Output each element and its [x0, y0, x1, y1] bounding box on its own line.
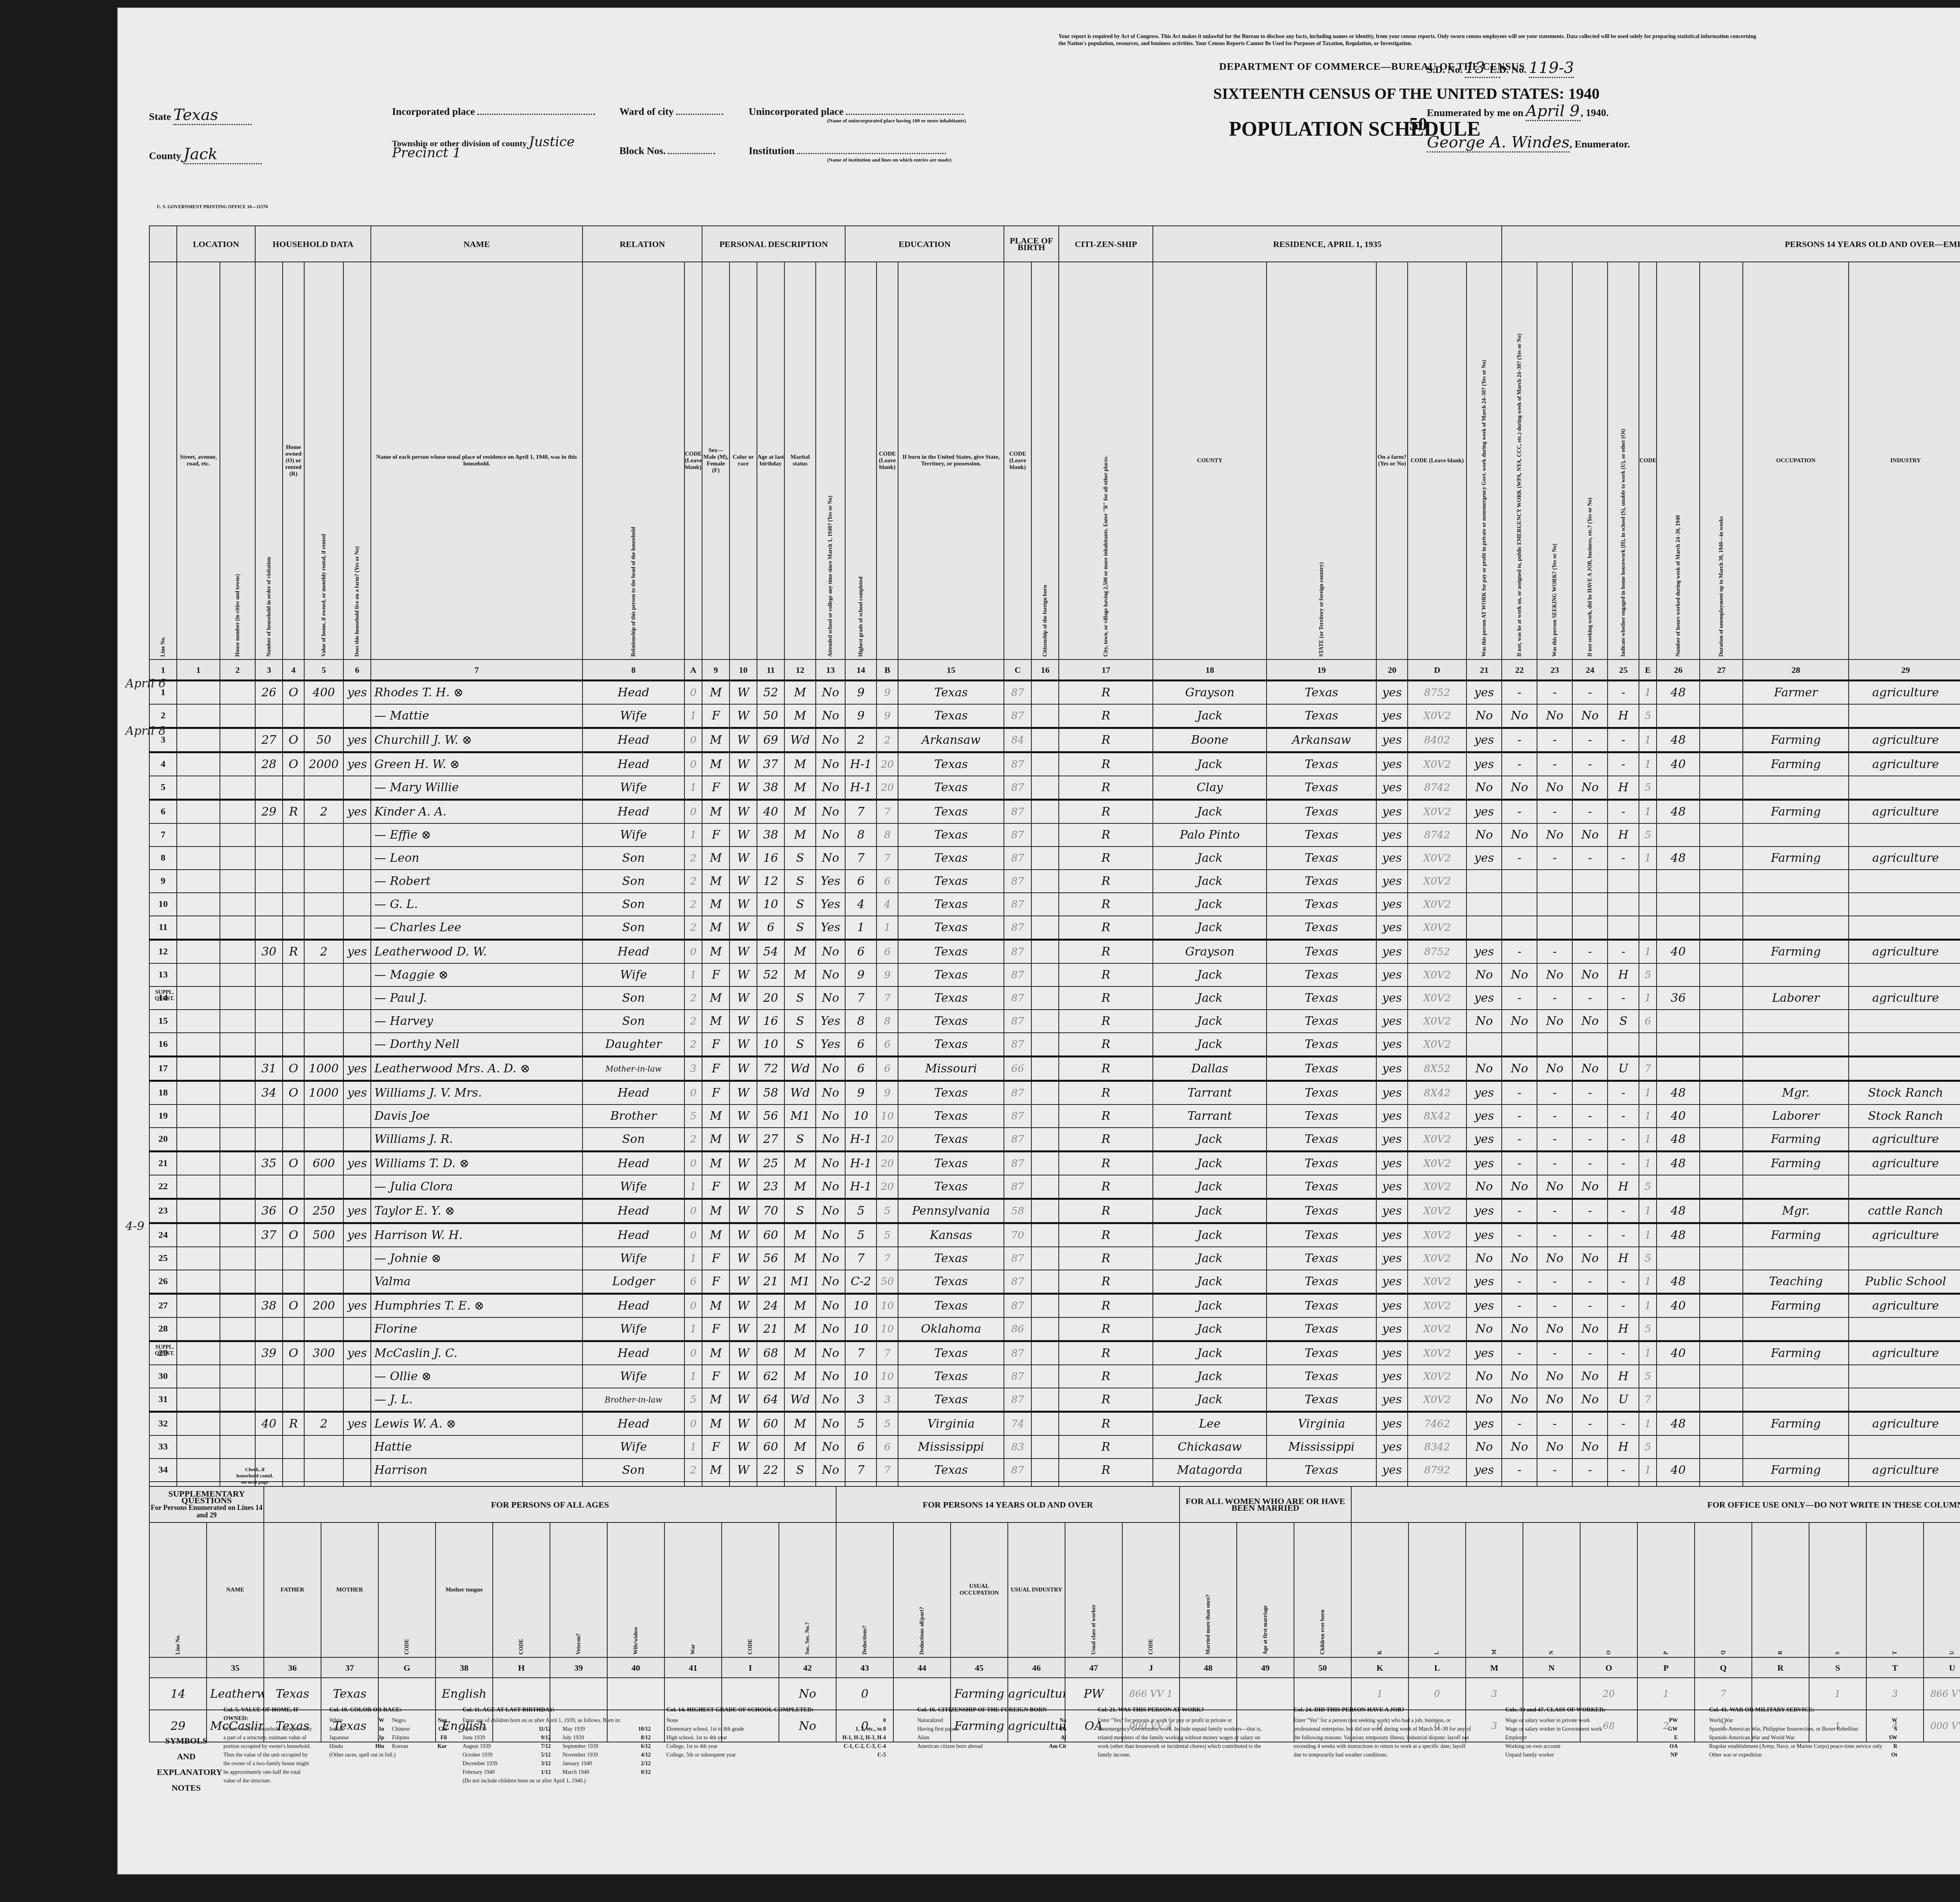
- cell-e: [1639, 893, 1657, 916]
- cell-c27: [1700, 1105, 1743, 1128]
- supp-column-number: T: [1866, 1657, 1924, 1678]
- cell-c25: U: [1608, 1388, 1639, 1412]
- supplementary-table: SUPPLEMENTARY QUESTIONSFor Persons Enume…: [149, 1486, 1960, 1742]
- cell-name: Valma: [371, 1270, 583, 1294]
- cell-own: [283, 1128, 304, 1152]
- line-number: 8: [149, 847, 177, 870]
- cell-r17: R: [1059, 752, 1153, 776]
- cell-farm: yes: [343, 1199, 371, 1223]
- cell-ind: agriculture: [1849, 752, 1960, 776]
- cell-bp: Oklahoma: [898, 1317, 1004, 1341]
- cell-c27: [1700, 1317, 1743, 1341]
- line-number: 13: [149, 963, 177, 986]
- census-row: 20Williams J. R.Son2MW27SNoH-120Texas87R…: [149, 1128, 1960, 1152]
- cell-occ: [1743, 1175, 1849, 1199]
- cell-c21: No: [1466, 1317, 1502, 1341]
- cell-val: 500: [304, 1223, 343, 1247]
- cell-d: X0V2: [1408, 1128, 1466, 1152]
- section-household: HOUSEHOLD DATA: [255, 226, 371, 262]
- cell-hh: [255, 1365, 283, 1388]
- cell-name: Hattie: [371, 1435, 583, 1459]
- cell-occ: Farming: [1743, 847, 1849, 870]
- cell-ind: agriculture: [1849, 1341, 1960, 1365]
- cell-ind: [1849, 823, 1960, 847]
- cell-rel: Head: [583, 800, 684, 824]
- cell-sex: F: [702, 1081, 730, 1105]
- cell-bp: Texas: [898, 1033, 1004, 1057]
- cell-age: 6: [757, 916, 784, 940]
- cell-b: 9: [877, 704, 898, 728]
- cell-c: 87: [1004, 963, 1031, 986]
- cell-name: Leatherwood Mrs. A. D. ⊗: [371, 1057, 583, 1081]
- cell-farm: yes: [343, 1294, 371, 1318]
- cell-c24: -: [1572, 1105, 1608, 1128]
- cell-house: [220, 1105, 255, 1128]
- cell-f20: yes: [1376, 1175, 1408, 1199]
- cell-b: 10: [877, 1317, 898, 1341]
- cell-sex: F: [702, 776, 730, 800]
- cell-hh: [255, 870, 283, 893]
- cell-age: 38: [757, 776, 784, 800]
- column-number: 11: [757, 659, 784, 681]
- cell-e: 1: [1639, 1270, 1657, 1294]
- cell-f20: yes: [1376, 1247, 1408, 1270]
- cell-hh: [255, 1175, 283, 1199]
- line-number: 30: [149, 1365, 177, 1388]
- cell-co: Jack: [1153, 704, 1267, 728]
- supp-cell-p: 1: [1637, 1678, 1695, 1710]
- cell-age: 60: [757, 1435, 784, 1459]
- cell-race: W: [730, 1247, 757, 1270]
- cell-a: 2: [684, 847, 702, 870]
- cell-c: 87: [1004, 823, 1031, 847]
- cell-val: [304, 986, 343, 1010]
- cell-cz: [1031, 1412, 1059, 1436]
- cell-b: 8: [877, 1010, 898, 1033]
- cell-name: — Mary Willie: [371, 776, 583, 800]
- cell-hh: [255, 893, 283, 916]
- cell-a: 3: [684, 1057, 702, 1081]
- line-number: 24: [149, 1223, 177, 1247]
- cell-d: 8X42: [1408, 1081, 1466, 1105]
- supp-column-number: 42: [779, 1657, 836, 1678]
- supp-column-number: O: [1580, 1657, 1637, 1678]
- cell-r17: R: [1059, 1223, 1153, 1247]
- cell-a: 6: [684, 1270, 702, 1294]
- column-header: INDUSTRY: [1849, 262, 1960, 659]
- cell-e: 1: [1639, 1459, 1657, 1482]
- cell-sch: Yes: [816, 1010, 845, 1033]
- cell-f20: yes: [1376, 1057, 1408, 1081]
- cell-f20: yes: [1376, 800, 1408, 824]
- cell-gr: 7: [845, 1247, 877, 1270]
- cell-age: 52: [757, 963, 784, 986]
- cell-co: Dallas: [1153, 1057, 1267, 1081]
- cell-c: 87: [1004, 1152, 1031, 1175]
- cell-f20: yes: [1376, 1412, 1408, 1436]
- column-number: 29: [1849, 659, 1960, 681]
- supp-cell-v40: [607, 1678, 664, 1710]
- cell-c23: No: [1537, 776, 1572, 800]
- cell-race: W: [730, 823, 757, 847]
- cell-c25: S: [1608, 1010, 1639, 1033]
- cell-bp: Texas: [898, 986, 1004, 1010]
- cell-f20: yes: [1376, 986, 1408, 1010]
- section-birthplace: PLACE OF BIRTH: [1004, 226, 1059, 262]
- cell-bp: Texas: [898, 704, 1004, 728]
- cell-c: 87: [1004, 1081, 1031, 1105]
- census-row: 2738O200yesHumphries T. E. ⊗Head0MW24MNo…: [149, 1294, 1960, 1318]
- cell-c25: [1608, 893, 1639, 916]
- cell-age: 52: [757, 681, 784, 705]
- cell-farm: [343, 1270, 371, 1294]
- cell-gr: 2: [845, 728, 877, 752]
- cell-house: [220, 681, 255, 705]
- census-row: 30— Ollie ⊗Wife1FW62MNo1010Texas87RJackT…: [149, 1365, 1960, 1388]
- cell-c25: -: [1608, 1412, 1639, 1436]
- column-number: 26: [1657, 659, 1700, 681]
- cell-age: 60: [757, 1223, 784, 1247]
- cell-st: Texas: [1267, 752, 1376, 776]
- cell-c21: yes: [1466, 1199, 1502, 1223]
- column-header: STATE (or Territory or foreign country): [1267, 262, 1376, 659]
- cell-gr: H-1: [845, 1175, 877, 1199]
- cell-house: [220, 1033, 255, 1057]
- cell-c25: H: [1608, 1247, 1639, 1270]
- cell-name: — J. L.: [371, 1388, 583, 1412]
- cell-own: R: [283, 800, 304, 824]
- cell-st_: [177, 870, 220, 893]
- cell-c23: No: [1537, 704, 1572, 728]
- supp-column-number: [149, 1657, 207, 1678]
- note-item: Spanish-American War, Philippine Insurre…: [1709, 1725, 1897, 1734]
- cell-c22: [1502, 916, 1537, 940]
- cell-farm: [343, 916, 371, 940]
- supp-column-number: 50: [1294, 1657, 1351, 1678]
- cell-occ: [1743, 893, 1849, 916]
- cell-c21: No: [1466, 704, 1502, 728]
- cell-st: Texas: [1267, 963, 1376, 986]
- cell-mar: S: [784, 1033, 816, 1057]
- cell-bp: Texas: [898, 1105, 1004, 1128]
- cell-c26: 48: [1657, 1152, 1700, 1175]
- cell-a: 2: [684, 1459, 702, 1482]
- cell-ind: [1849, 916, 1960, 940]
- cell-co: Tarrant: [1153, 1081, 1267, 1105]
- cell-sex: F: [702, 1270, 730, 1294]
- cell-c27: [1700, 1435, 1743, 1459]
- cell-farm: [343, 986, 371, 1010]
- county-field: CountyJack: [149, 145, 262, 164]
- cell-own: [283, 1010, 304, 1033]
- cell-sex: M: [702, 986, 730, 1010]
- column-header: Does this household live on a farm? (Yes…: [343, 262, 371, 659]
- cell-race: W: [730, 704, 757, 728]
- census-row: 14— Paul J.Son2MW20SNo77Texas87RJackTexa…: [149, 986, 1960, 1010]
- cell-c: 70: [1004, 1223, 1031, 1247]
- note-item: Regular establishment (Army, Navy, or Ma…: [1709, 1742, 1897, 1751]
- cell-name: Davis Joe: [371, 1105, 583, 1128]
- cell-co: Jack: [1153, 1317, 1267, 1341]
- cell-farm: yes: [343, 1152, 371, 1175]
- census-row: 3240R2yesLewis W. A. ⊗Head0MW60MNo55Virg…: [149, 1412, 1960, 1436]
- cell-occ: Farming: [1743, 800, 1849, 824]
- cell-bp: Texas: [898, 1128, 1004, 1152]
- cell-c21: No: [1466, 1388, 1502, 1412]
- cell-e: 5: [1639, 704, 1657, 728]
- cell-ind: [1849, 1033, 1960, 1057]
- all-ages-section: FOR PERSONS OF ALL AGES: [264, 1486, 836, 1522]
- cell-c22: -: [1502, 1223, 1537, 1247]
- cell-st_: [177, 823, 220, 847]
- note-item: Working on own accountOA: [1505, 1742, 1678, 1751]
- supp-column-number: H: [493, 1657, 550, 1678]
- cell-race: W: [730, 681, 757, 705]
- cell-a: 1: [684, 704, 702, 728]
- column-number: E: [1639, 659, 1657, 681]
- cell-c: 87: [1004, 1388, 1031, 1412]
- cell-val: 2: [304, 800, 343, 824]
- cell-val: 400: [304, 681, 343, 705]
- cell-f20: yes: [1376, 1341, 1408, 1365]
- margin-date-note: April 8: [125, 724, 166, 738]
- line-number: 23: [149, 1199, 177, 1223]
- cell-occ: Farming: [1743, 1152, 1849, 1175]
- cell-c23: -: [1537, 1294, 1572, 1318]
- cell-r17: R: [1059, 823, 1153, 847]
- cell-c24: -: [1572, 1223, 1608, 1247]
- cell-occ: Teaching: [1743, 1270, 1849, 1294]
- cell-c27: [1700, 893, 1743, 916]
- cell-hh: [255, 1128, 283, 1152]
- cell-sex: M: [702, 893, 730, 916]
- cell-name: Harrison: [371, 1459, 583, 1482]
- cell-hh: 37: [255, 1223, 283, 1247]
- column-number: 21: [1466, 659, 1502, 681]
- cell-farm: yes: [343, 1341, 371, 1365]
- cell-hh: [255, 776, 283, 800]
- cell-bp: Kansas: [898, 1223, 1004, 1247]
- cell-house: [220, 1270, 255, 1294]
- cell-st_: [177, 1199, 220, 1223]
- cell-own: O: [283, 1294, 304, 1318]
- cell-b: 5: [877, 1223, 898, 1247]
- cell-race: W: [730, 940, 757, 964]
- cell-sex: M: [702, 1152, 730, 1175]
- cell-c22: -: [1502, 1412, 1537, 1436]
- column-header: Highest grade of school completed: [845, 262, 877, 659]
- cell-c22: No: [1502, 776, 1537, 800]
- cell-c26: 40: [1657, 1105, 1700, 1128]
- cell-c: 87: [1004, 776, 1031, 800]
- cell-race: W: [730, 1010, 757, 1033]
- cell-d: X0V2: [1408, 1152, 1466, 1175]
- cell-farm: [343, 1435, 371, 1459]
- cell-b: 6: [877, 940, 898, 964]
- cell-b: 20: [877, 1175, 898, 1199]
- cell-rel: Wife: [583, 704, 684, 728]
- column-number: 27: [1700, 659, 1743, 681]
- cell-own: [283, 1317, 304, 1341]
- cell-st: Texas: [1267, 1057, 1376, 1081]
- ward-field: Ward of city: [619, 106, 723, 118]
- cell-gr: 10: [845, 1317, 877, 1341]
- cell-house: [220, 1317, 255, 1341]
- cell-c: 66: [1004, 1057, 1031, 1081]
- column-number: 22: [1502, 659, 1537, 681]
- cell-r17: R: [1059, 1033, 1153, 1057]
- cell-house: [220, 1223, 255, 1247]
- census-row: 1230R2yesLeatherwood D. W.Head0MW54MNo66…: [149, 940, 1960, 964]
- cell-c25: H: [1608, 776, 1639, 800]
- cell-cz: [1031, 823, 1059, 847]
- cell-e: 1: [1639, 1223, 1657, 1247]
- cell-c24: No: [1572, 963, 1608, 986]
- cell-e: 5: [1639, 1247, 1657, 1270]
- cell-house: [220, 1341, 255, 1365]
- supp-cell-q: 7: [1695, 1678, 1752, 1710]
- cell-c25: -: [1608, 1459, 1639, 1482]
- cell-race: W: [730, 1105, 757, 1128]
- cell-c24: No: [1572, 1388, 1608, 1412]
- cell-own: [283, 1365, 304, 1388]
- cell-sch: No: [816, 1341, 845, 1365]
- cell-st: Texas: [1267, 1128, 1376, 1152]
- cell-house: [220, 1152, 255, 1175]
- note-item: JapaneseJp: [329, 1734, 384, 1742]
- supp-column-header: CODE: [493, 1522, 550, 1657]
- cell-c22: -: [1502, 1105, 1537, 1128]
- cell-c26: 40: [1657, 1459, 1700, 1482]
- over14-section: FOR PERSONS 14 YEARS OLD AND OVER: [836, 1486, 1180, 1522]
- cell-farm: [343, 1317, 371, 1341]
- cell-c: 87: [1004, 800, 1031, 824]
- cell-c26: 48: [1657, 1412, 1700, 1436]
- note-item: KoreanKor: [392, 1742, 447, 1751]
- cell-gr: 7: [845, 1459, 877, 1482]
- column-number: 10: [730, 659, 757, 681]
- cell-st_: [177, 776, 220, 800]
- column-number: 25: [1608, 659, 1639, 681]
- cell-d: X0V2: [1408, 1317, 1466, 1341]
- line-number: 10: [149, 893, 177, 916]
- cell-c21: No: [1466, 776, 1502, 800]
- cell-st: Texas: [1267, 776, 1376, 800]
- line-number: 34: [149, 1459, 177, 1482]
- cell-c: 87: [1004, 986, 1031, 1010]
- cell-c21: yes: [1466, 847, 1502, 870]
- supp-column-header: Children ever born: [1294, 1522, 1351, 1657]
- cell-st: Texas: [1267, 1199, 1376, 1223]
- cell-c27: [1700, 940, 1743, 964]
- cell-d: 8742: [1408, 823, 1466, 847]
- cell-c27: [1700, 1199, 1743, 1223]
- cell-c21: yes: [1466, 1270, 1502, 1294]
- cell-c26: 40: [1657, 1341, 1700, 1365]
- supp-cell-ss42: No: [779, 1678, 836, 1710]
- supp-column-header: N: [1523, 1522, 1580, 1657]
- state-field: StateTexas: [149, 106, 252, 125]
- cell-c27: [1700, 1341, 1743, 1365]
- census-row: 2437O500yesHarrison W. H.Head0MW60MNo55K…: [149, 1223, 1960, 1247]
- cell-c27: [1700, 870, 1743, 893]
- cell-ind: agriculture: [1849, 1128, 1960, 1152]
- column-number: B: [877, 659, 898, 681]
- supp-column-number: M: [1466, 1657, 1523, 1678]
- cell-mar: S: [784, 986, 816, 1010]
- cell-hh: 27: [255, 728, 283, 752]
- supp-cell-l: 0: [1408, 1678, 1466, 1710]
- cell-mar: S: [784, 1010, 816, 1033]
- cell-st: Texas: [1267, 1223, 1376, 1247]
- cell-sch: No: [816, 1223, 845, 1247]
- supp-column-number: 41: [664, 1657, 722, 1678]
- cell-age: 10: [757, 893, 784, 916]
- cell-val: [304, 963, 343, 986]
- cell-bp: Texas: [898, 1365, 1004, 1388]
- cell-b: 6: [877, 1033, 898, 1057]
- cell-race: W: [730, 1435, 757, 1459]
- cell-r17: R: [1059, 1341, 1153, 1365]
- cell-c26: [1657, 1010, 1700, 1033]
- cell-c27: [1700, 800, 1743, 824]
- cell-f20: yes: [1376, 1365, 1408, 1388]
- cell-e: 1: [1639, 1128, 1657, 1152]
- cell-mar: M: [784, 1341, 816, 1365]
- cell-sex: M: [702, 681, 730, 705]
- cell-r17: R: [1059, 1175, 1153, 1199]
- cell-val: [304, 1010, 343, 1033]
- cell-sch: No: [816, 1459, 845, 1482]
- cell-c: 87: [1004, 1459, 1031, 1482]
- cell-bp: Virginia: [898, 1412, 1004, 1436]
- cell-d: 8792: [1408, 1459, 1466, 1482]
- cell-c23: [1537, 1033, 1572, 1057]
- cell-bp: Texas: [898, 916, 1004, 940]
- cell-bp: Texas: [898, 1081, 1004, 1105]
- supp-cell-k: 1: [1351, 1678, 1408, 1710]
- cell-e: 1: [1639, 986, 1657, 1010]
- cell-own: [283, 1033, 304, 1057]
- cell-c26: [1657, 1317, 1700, 1341]
- cell-f20: yes: [1376, 704, 1408, 728]
- cell-hh: [255, 823, 283, 847]
- cell-own: O: [283, 1199, 304, 1223]
- column-number: 12: [784, 659, 816, 681]
- cell-val: [304, 1435, 343, 1459]
- cell-c26: [1657, 893, 1700, 916]
- cell-own: [283, 847, 304, 870]
- schedule-number: 50: [1409, 114, 1427, 134]
- cell-c27: [1700, 1152, 1743, 1175]
- supp-column-header: MOTHER: [321, 1522, 378, 1657]
- cell-e: 5: [1639, 776, 1657, 800]
- cell-c26: 40: [1657, 940, 1700, 964]
- supp-column-header: T: [1866, 1522, 1924, 1657]
- cell-e: 1: [1639, 1105, 1657, 1128]
- cell-occ: [1743, 1033, 1849, 1057]
- note-item: HinduHin: [329, 1742, 384, 1751]
- column-header: Relationship of this person to the head …: [583, 262, 684, 659]
- cell-gr: 5: [845, 1199, 877, 1223]
- cell-st_: [177, 1435, 220, 1459]
- cell-c24: -: [1572, 800, 1608, 824]
- cell-b: 6: [877, 870, 898, 893]
- cell-hh: [255, 1388, 283, 1412]
- cell-st: Texas: [1267, 1270, 1376, 1294]
- cell-c23: -: [1537, 752, 1572, 776]
- cell-rel: Head: [583, 940, 684, 964]
